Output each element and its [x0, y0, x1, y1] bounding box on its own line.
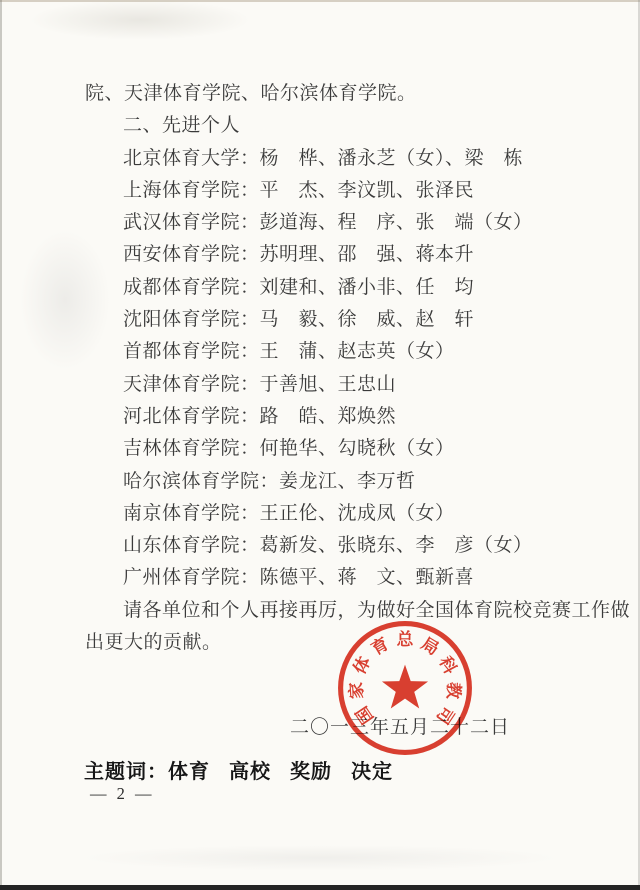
keyword: 高校 [229, 761, 271, 783]
body-line: 北京体育大学：杨 桦、潘永芝（女）、梁 栋 [85, 143, 630, 175]
official-seal: 国家体育总局科教司 [335, 618, 475, 758]
keyword: 奖励 [290, 761, 332, 783]
body-line: 院、天津体育学院、哈尔滨体育学院。 [85, 78, 630, 110]
body-line: 河北体育学院：路 皓、郑焕然 [85, 401, 630, 433]
red-star-icon [382, 665, 428, 709]
body-line: 二、先进个人 [85, 110, 630, 142]
seal-char: 总 [397, 629, 414, 649]
scan-smudge [80, 845, 560, 871]
keywords: 体育高校奖励决定 [168, 761, 393, 783]
seal-char: 育 [367, 633, 392, 659]
seal-char: 局 [418, 634, 442, 659]
body-line: 首都体育学院：王 蒲、赵志英（女） [85, 336, 630, 368]
body-line: 天津体育学院：于善旭、王忠山 [85, 369, 630, 401]
seal-char: 科 [436, 653, 462, 677]
body-line: 沈阳体育学院：马 毅、徐 威、赵 轩 [85, 304, 630, 336]
body-line: 上海体育学院：平 杰、李汶凯、张泽民 [85, 175, 630, 207]
body-line: 西安体育学院：苏明理、邵 强、蒋本升 [85, 239, 630, 271]
scan-edge-top [0, 0, 640, 2]
body-line: 吉林体育学院：何艳华、勾晓秋（女） [85, 433, 630, 465]
body-line: 广州体育学院：陈德平、蒋 文、甄新喜 [85, 562, 630, 594]
keyword: 体育 [168, 761, 210, 783]
keywords-line: 主题词：体育高校奖励决定 [84, 755, 393, 784]
page-number: — 2 — [90, 784, 155, 804]
seal-char: 体 [349, 653, 375, 677]
seal-char: 家 [346, 681, 367, 699]
body-line: 武汉体育学院：彭道海、程 序、张 端（女） [85, 207, 630, 239]
scan-edge-bottom [0, 885, 640, 890]
body-line: 成都体育学院：刘建和、潘小非、任 均 [85, 272, 630, 304]
keywords-label: 主题词： [84, 761, 168, 783]
seal-char: 司 [433, 703, 458, 728]
keyword: 决定 [351, 761, 393, 783]
body-line: 哈尔滨体育学院：姜龙江、李万哲 [85, 466, 630, 498]
body-line: 南京体育学院：王正伦、沈成凤（女） [85, 498, 630, 530]
scan-smudge [30, 0, 250, 40]
seal-char: 国 [352, 703, 377, 728]
document-body: 院、天津体育学院、哈尔滨体育学院。二、先进个人北京体育大学：杨 桦、潘永芝（女）… [85, 78, 630, 659]
scanned-document-page: 院、天津体育学院、哈尔滨体育学院。二、先进个人北京体育大学：杨 桦、潘永芝（女）… [0, 0, 640, 890]
body-line: 山东体育学院：葛新发、张晓东、李 彦（女） [85, 530, 630, 562]
seal-char: 教 [444, 682, 465, 700]
scan-edge-left [0, 0, 2, 890]
